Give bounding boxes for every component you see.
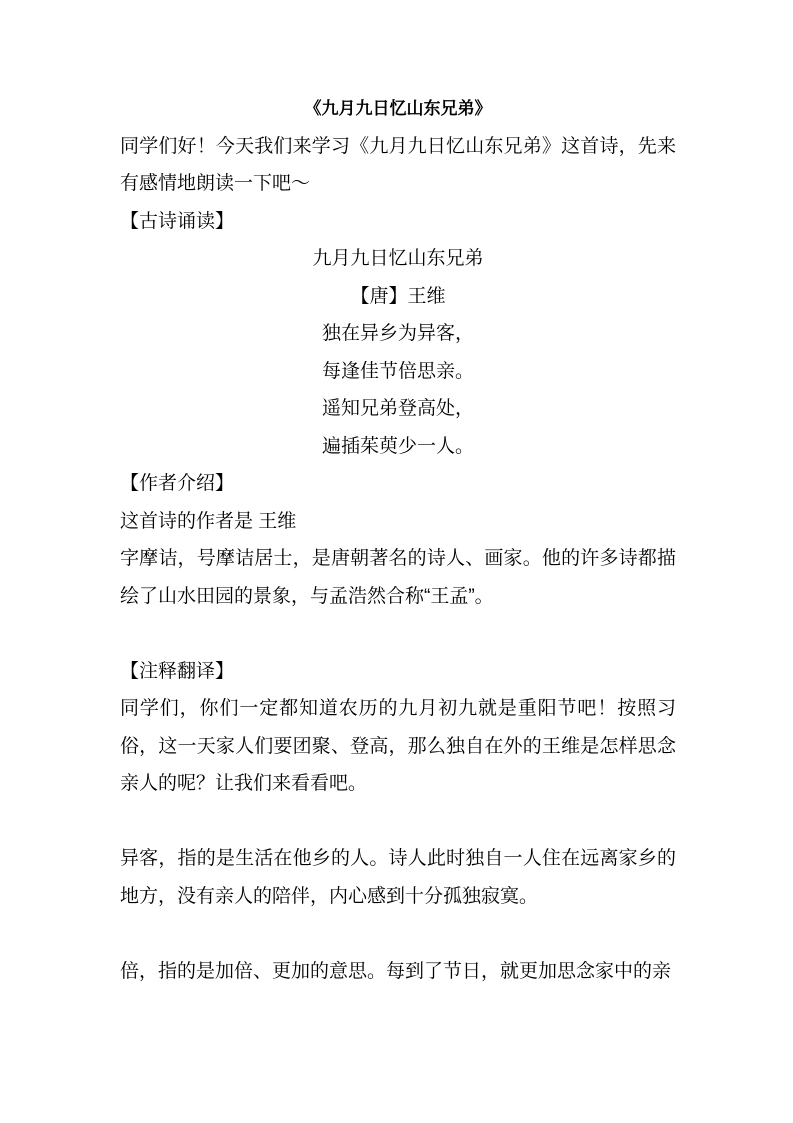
section-heading-author-intro: 【作者介绍】 (120, 465, 676, 503)
document-page: 《九月九日忆山东兄弟》 同学们好！今天我们来学习《九月九日忆山东兄弟》这首诗，先… (0, 0, 793, 1123)
blank-line (120, 915, 676, 953)
poem-verse-3: 遥知兄弟登高处， (120, 390, 676, 428)
author-intro-body: 字摩诘，号摩诘居士，是唐朝著名的诗人、画家。他的许多诗都描绘了山水田园的景象，与… (120, 540, 676, 615)
poem-block: 九月九日忆山东兄弟 【唐】王维 独在异乡为异客， 每逢佳节倍思亲。 遥知兄弟登高… (120, 240, 676, 465)
poem-title: 九月九日忆山东兄弟 (120, 240, 676, 278)
author-intro-line: 这首诗的作者是 王维 (120, 503, 676, 541)
poem-verse-4: 遍插茱萸少一人。 (120, 428, 676, 466)
section-heading-annotation: 【注释翻译】 (120, 653, 676, 691)
annotation-paragraph-1: 同学们，你们一定都知道农历的九月初九就是重阳节吧！按照习俗，这一天家人们要团聚、… (120, 690, 676, 803)
intro-paragraph: 同学们好！今天我们来学习《九月九日忆山东兄弟》这首诗，先来有感情地朗读一下吧～ (120, 128, 676, 203)
blank-line (120, 803, 676, 841)
document-title: 《九月九日忆山东兄弟》 (120, 90, 676, 128)
poem-verse-1: 独在异乡为异客， (120, 315, 676, 353)
annotation-paragraph-3: 倍，指的是加倍、更加的意思。每到了节日，就更加思念家中的亲 (120, 953, 676, 991)
document-body: { "colors": { "background": "#ffffff", "… (0, 0, 793, 1123)
section-heading-recitation: 【古诗诵读】 (120, 203, 676, 241)
poem-author: 【唐】王维 (120, 278, 676, 316)
poem-verse-2: 每逢佳节倍思亲。 (120, 353, 676, 391)
blank-line (120, 615, 676, 653)
annotation-paragraph-2: 异客，指的是生活在他乡的人。诗人此时独自一人住在远离家乡的地方，没有亲人的陪伴，… (120, 840, 676, 915)
